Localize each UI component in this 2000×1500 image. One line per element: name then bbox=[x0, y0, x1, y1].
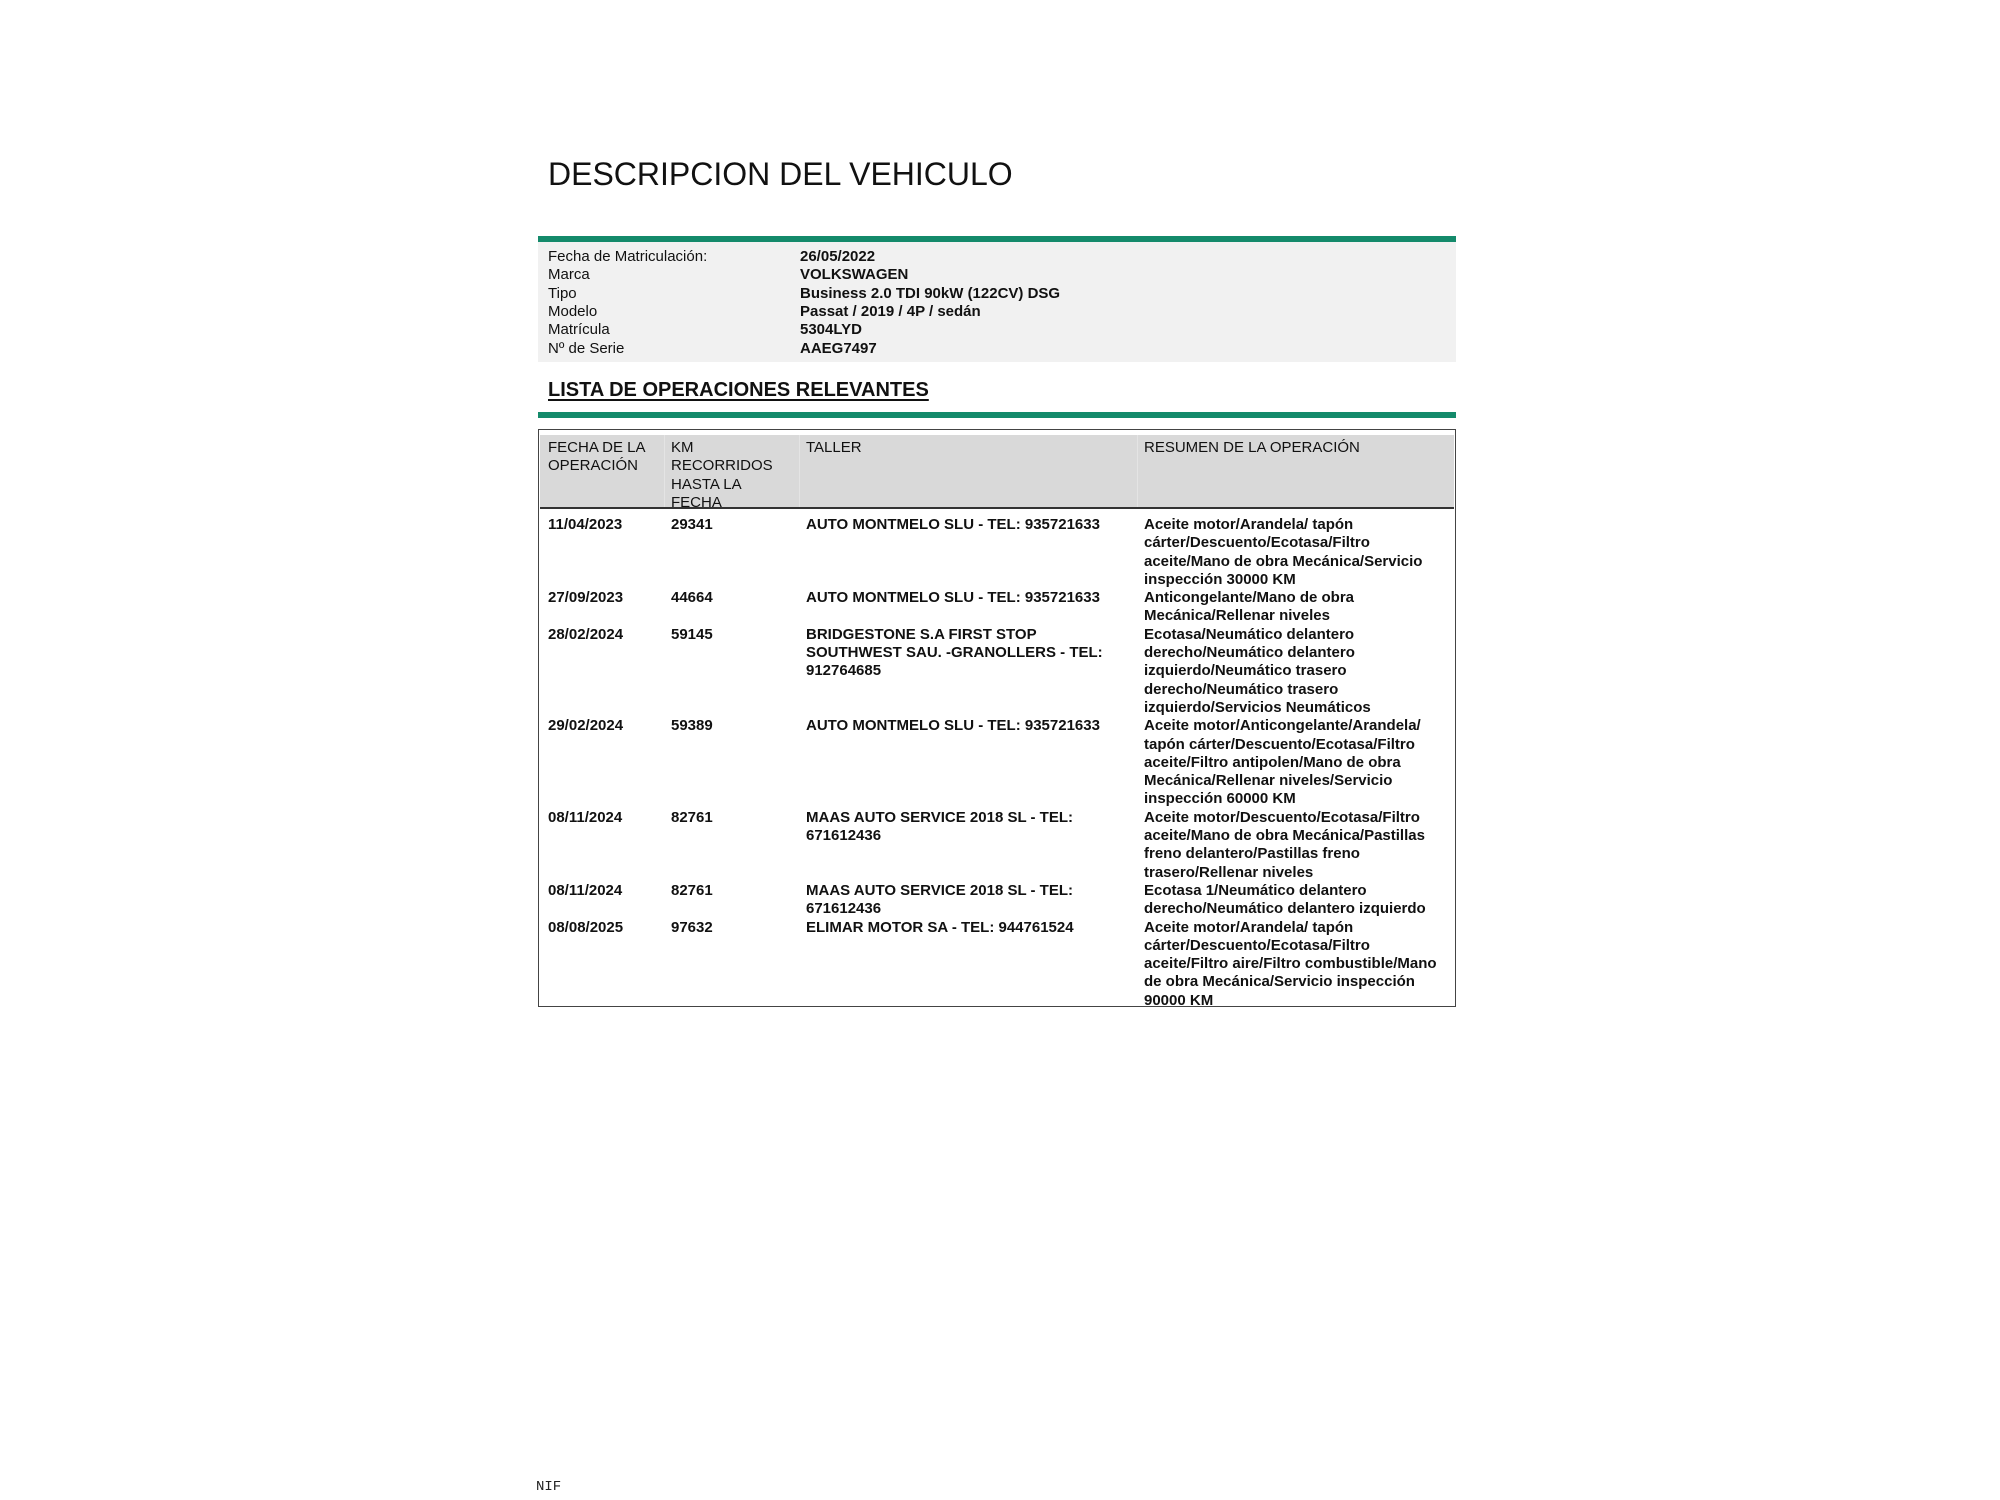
detail-value: VOLKSWAGEN bbox=[800, 266, 908, 284]
cell-resumen: Ecotasa/Neumático delantero derecho/Neum… bbox=[1144, 626, 1449, 717]
page-title: DESCRIPCION DEL VEHICULO bbox=[548, 156, 1013, 193]
detail-label: Matrícula bbox=[548, 321, 610, 339]
cell-km: 59145 bbox=[671, 626, 799, 644]
cell-fecha: 08/11/2024 bbox=[548, 882, 663, 900]
column-header-fecha: FECHA DE LA OPERACIÓN bbox=[548, 439, 660, 476]
cell-fecha: 28/02/2024 bbox=[548, 626, 663, 644]
cell-fecha: 29/02/2024 bbox=[548, 717, 663, 735]
cell-taller: AUTO MONTMELO SLU - TEL: 935721633 bbox=[806, 589, 1136, 607]
column-header-taller: TALLER bbox=[806, 439, 1126, 457]
detail-value: AAEG7497 bbox=[800, 340, 877, 358]
footer-nif: NIF bbox=[536, 1479, 561, 1495]
detail-label: Marca bbox=[548, 266, 590, 284]
cell-resumen: Aceite motor/Arandela/ tapón cárter/Desc… bbox=[1144, 516, 1449, 589]
column-header-resumen: RESUMEN DE LA OPERACIÓN bbox=[1144, 439, 1444, 457]
detail-value: Passat / 2019 / 4P / sedán bbox=[800, 303, 981, 321]
cell-fecha: 08/08/2025 bbox=[548, 919, 663, 937]
column-separator bbox=[799, 435, 800, 507]
cell-fecha: 08/11/2024 bbox=[548, 809, 663, 827]
table-header: FECHA DE LA OPERACIÓN KM RECORRIDOS HAST… bbox=[540, 435, 1454, 509]
cell-km: 97632 bbox=[671, 919, 799, 937]
detail-value: 5304LYD bbox=[800, 321, 862, 339]
cell-resumen: Anticongelante/Mano de obra Mecánica/Rel… bbox=[1144, 589, 1449, 626]
cell-taller: AUTO MONTMELO SLU - TEL: 935721633 bbox=[806, 516, 1136, 534]
column-header-km: KM RECORRIDOS HASTA LA FECHA bbox=[671, 439, 781, 512]
cell-taller: MAAS AUTO SERVICE 2018 SL - TEL: 6716124… bbox=[806, 809, 1136, 846]
cell-fecha: 27/09/2023 bbox=[548, 589, 663, 607]
detail-label: Modelo bbox=[548, 303, 597, 321]
vehicle-details: Fecha de Matriculación: 26/05/2022 Marca… bbox=[538, 242, 1456, 362]
detail-label: Tipo bbox=[548, 285, 577, 303]
section-divider bbox=[538, 412, 1456, 418]
detail-label: Nº de Serie bbox=[548, 340, 624, 358]
cell-resumen: Aceite motor/Arandela/ tapón cárter/Desc… bbox=[1144, 919, 1449, 1010]
cell-taller: MAAS AUTO SERVICE 2018 SL - TEL: 6716124… bbox=[806, 882, 1136, 919]
cell-resumen: Aceite motor/Descuento/Ecotasa/Filtro ac… bbox=[1144, 809, 1449, 882]
cell-fecha: 11/04/2023 bbox=[548, 516, 663, 534]
cell-taller: ELIMAR MOTOR SA - TEL: 944761524 bbox=[806, 919, 1136, 937]
cell-taller: AUTO MONTMELO SLU - TEL: 935721633 bbox=[806, 717, 1136, 735]
cell-km: 59389 bbox=[671, 717, 799, 735]
cell-taller: BRIDGESTONE S.A FIRST STOP SOUTHWEST SAU… bbox=[806, 626, 1136, 681]
cell-km: 82761 bbox=[671, 809, 799, 827]
detail-label: Fecha de Matriculación: bbox=[548, 248, 707, 266]
operations-heading: LISTA DE OPERACIONES RELEVANTES bbox=[548, 379, 929, 402]
column-separator bbox=[664, 435, 665, 507]
detail-value: Business 2.0 TDI 90kW (122CV) DSG bbox=[800, 285, 1060, 303]
operations-table: FECHA DE LA OPERACIÓN KM RECORRIDOS HAST… bbox=[538, 429, 1456, 1007]
cell-km: 44664 bbox=[671, 589, 799, 607]
cell-resumen: Ecotasa 1/Neumático delantero derecho/Ne… bbox=[1144, 882, 1449, 919]
detail-value: 26/05/2022 bbox=[800, 248, 875, 266]
column-separator bbox=[1137, 435, 1138, 507]
cell-km: 82761 bbox=[671, 882, 799, 900]
cell-km: 29341 bbox=[671, 516, 799, 534]
cell-resumen: Aceite motor/Anticongelante/Arandela/ ta… bbox=[1144, 717, 1449, 808]
